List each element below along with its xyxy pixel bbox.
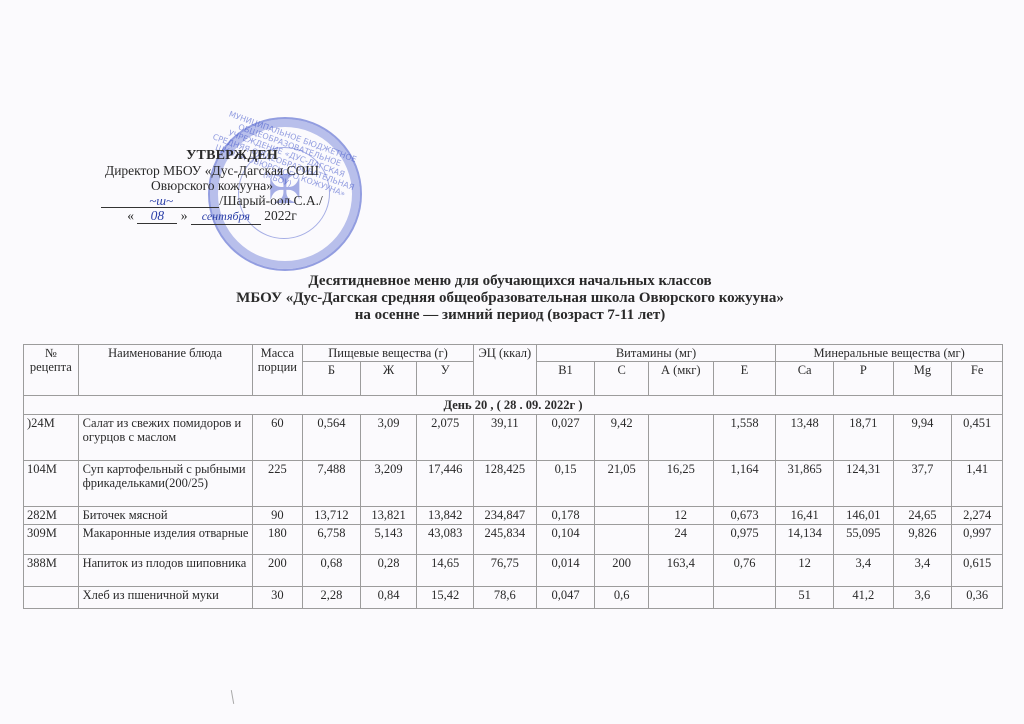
day-label: День 20 , ( 28 . 09. 2022г ) xyxy=(24,396,1003,415)
cell-b: 6,758 xyxy=(303,525,361,555)
cell-fe: 1,41 xyxy=(952,461,1003,507)
table-row: 309ММакаронные изделия отварные1806,7585… xyxy=(24,525,1003,555)
cell-ca: 14,134 xyxy=(776,525,834,555)
cell-code: 309М xyxy=(24,525,79,555)
cell-ca: 51 xyxy=(776,587,834,609)
header-fe: Fe xyxy=(952,362,1003,396)
cell-fe: 0,36 xyxy=(952,587,1003,609)
signature-scrawl: ~ш~ xyxy=(149,193,173,208)
scan-mark xyxy=(231,690,234,704)
cell-u: 43,083 xyxy=(417,525,474,555)
cell-ca: 31,865 xyxy=(776,461,834,507)
cell-b: 13,712 xyxy=(303,507,361,525)
date-open-quote: « xyxy=(127,208,134,223)
cell-zh: 0,84 xyxy=(360,587,417,609)
cell-zh: 5,143 xyxy=(360,525,417,555)
cell-b: 2,28 xyxy=(303,587,361,609)
approval-year: 2022г xyxy=(264,208,297,223)
cell-code: 104М xyxy=(24,461,79,507)
approval-block: УТВЕРЖДЕН Директор МБОУ «Дус-Дагская СОШ… xyxy=(62,148,362,225)
approval-heading: УТВЕРЖДЕН xyxy=(102,148,362,163)
cell-ca: 16,41 xyxy=(776,507,834,525)
header-p: P xyxy=(833,362,893,396)
cell-a xyxy=(648,587,713,609)
day-row: День 20 , ( 28 . 09. 2022г ) xyxy=(24,396,1003,415)
header-portion-mass: Масса порции xyxy=(252,345,303,396)
header-b1: B1 xyxy=(536,362,595,396)
table-row: 388МНапиток из плодов шиповника2000,680,… xyxy=(24,555,1003,587)
header-mg: Mg xyxy=(893,362,952,396)
cell-b: 0,68 xyxy=(303,555,361,587)
cell-zh: 3,209 xyxy=(360,461,417,507)
cell-p: 124,31 xyxy=(833,461,893,507)
cell-ca: 13,48 xyxy=(776,415,834,461)
cell-code xyxy=(24,587,79,609)
cell-u: 15,42 xyxy=(417,587,474,609)
cell-mg: 3,6 xyxy=(893,587,952,609)
cell-kcal: 128,425 xyxy=(474,461,537,507)
cell-kcal: 234,847 xyxy=(474,507,537,525)
cell-e: 1,558 xyxy=(713,415,776,461)
cell-mass: 60 xyxy=(252,415,303,461)
header-dish-name: Наименование блюда xyxy=(78,345,252,396)
cell-mg: 9,94 xyxy=(893,415,952,461)
cell-b1: 0,15 xyxy=(536,461,595,507)
approval-month: сентября xyxy=(191,209,261,225)
menu-table: № рецепта Наименование блюда Масса порци… xyxy=(23,344,1003,609)
header-energy: ЭЦ (ккал) xyxy=(474,345,537,396)
date-close-quote: » xyxy=(181,208,188,223)
cell-p: 55,095 xyxy=(833,525,893,555)
cell-code: 282М xyxy=(24,507,79,525)
cell-name: Суп картофельный с рыбными фрикадельками… xyxy=(78,461,252,507)
approval-signature-line: ~ш~/Шарый-оол С.А./ xyxy=(62,193,362,208)
title-line-2: МБОУ «Дус-Дагская средняя общеобразовате… xyxy=(150,290,870,307)
header-vitamins-group: Витамины (мг) xyxy=(536,345,776,362)
approval-day: 08 xyxy=(137,208,177,224)
cell-b1: 0,027 xyxy=(536,415,595,461)
cell-c xyxy=(595,525,649,555)
cell-b1: 0,047 xyxy=(536,587,595,609)
cell-code: 388М xyxy=(24,555,79,587)
cell-u: 13,842 xyxy=(417,507,474,525)
signature-underline: ~ш~ xyxy=(101,195,219,208)
cell-mass: 90 xyxy=(252,507,303,525)
header-c: C xyxy=(595,362,649,396)
cell-a xyxy=(648,415,713,461)
cell-a: 163,4 xyxy=(648,555,713,587)
title-line-3: на осенне — зимний период (возраст 7-11 … xyxy=(150,307,870,324)
cell-mass: 30 xyxy=(252,587,303,609)
cell-zh: 0,28 xyxy=(360,555,417,587)
cell-fe: 0,615 xyxy=(952,555,1003,587)
table-row: 104МСуп картофельный с рыбными фрикадель… xyxy=(24,461,1003,507)
cell-name: Биточек мясной xyxy=(78,507,252,525)
cell-c: 0,6 xyxy=(595,587,649,609)
cell-p: 18,71 xyxy=(833,415,893,461)
cell-e: 1,164 xyxy=(713,461,776,507)
cell-e: 0,975 xyxy=(713,525,776,555)
cell-b1: 0,178 xyxy=(536,507,595,525)
cell-b1: 0,014 xyxy=(536,555,595,587)
cell-name: Макаронные изделия отварные xyxy=(78,525,252,555)
cell-mg: 3,4 xyxy=(893,555,952,587)
cell-p: 146,01 xyxy=(833,507,893,525)
cell-mg: 24,65 xyxy=(893,507,952,525)
cell-fe: 0,997 xyxy=(952,525,1003,555)
cell-c: 9,42 xyxy=(595,415,649,461)
table-row: )24МСалат из свежих помидоров и огурцов … xyxy=(24,415,1003,461)
cell-zh: 13,821 xyxy=(360,507,417,525)
cell-kcal: 78,6 xyxy=(474,587,537,609)
cell-c xyxy=(595,507,649,525)
cell-name: Салат из свежих помидоров и огурцов с ма… xyxy=(78,415,252,461)
cell-code: )24М xyxy=(24,415,79,461)
cell-e xyxy=(713,587,776,609)
header-recipe-no: № рецепта xyxy=(24,345,79,396)
cell-p: 3,4 xyxy=(833,555,893,587)
table-row: 282МБиточек мясной9013,71213,82113,84223… xyxy=(24,507,1003,525)
header-a: А (мкг) xyxy=(648,362,713,396)
header-minerals-group: Минеральные вещества (мг) xyxy=(776,345,1003,362)
header-carbs: У xyxy=(417,362,474,396)
cell-u: 17,446 xyxy=(417,461,474,507)
cell-b1: 0,104 xyxy=(536,525,595,555)
document-title: Десятидневное меню для обучающихся начал… xyxy=(150,273,870,324)
cell-kcal: 39,11 xyxy=(474,415,537,461)
cell-e: 0,76 xyxy=(713,555,776,587)
cell-e: 0,673 xyxy=(713,507,776,525)
cell-mass: 180 xyxy=(252,525,303,555)
cell-c: 21,05 xyxy=(595,461,649,507)
cell-u: 14,65 xyxy=(417,555,474,587)
cell-b: 0,564 xyxy=(303,415,361,461)
title-line-1: Десятидневное меню для обучающихся начал… xyxy=(150,273,870,290)
cell-a: 12 xyxy=(648,507,713,525)
approval-director-line: Директор МБОУ «Дус-Дагская СОШ xyxy=(62,163,362,178)
header-e: E xyxy=(713,362,776,396)
cell-mass: 200 xyxy=(252,555,303,587)
cell-mg: 9,826 xyxy=(893,525,952,555)
cell-p: 41,2 xyxy=(833,587,893,609)
cell-fe: 0,451 xyxy=(952,415,1003,461)
cell-a: 16,25 xyxy=(648,461,713,507)
cell-b: 7,488 xyxy=(303,461,361,507)
cell-kcal: 245,834 xyxy=(474,525,537,555)
cell-c: 200 xyxy=(595,555,649,587)
header-protein: Б xyxy=(303,362,361,396)
signer-name: /Шарый-оол С.А./ xyxy=(219,193,323,208)
cell-name: Напиток из плодов шиповника xyxy=(78,555,252,587)
cell-fe: 2,274 xyxy=(952,507,1003,525)
cell-kcal: 76,75 xyxy=(474,555,537,587)
approval-date-line: « 08 » сентября 2022г xyxy=(62,208,362,225)
header-nutrients-group: Пищевые вещества (г) xyxy=(303,345,474,362)
cell-u: 2,075 xyxy=(417,415,474,461)
cell-name: Хлеб из пшеничной муки xyxy=(78,587,252,609)
cell-ca: 12 xyxy=(776,555,834,587)
cell-mg: 37,7 xyxy=(893,461,952,507)
header-ca: Ca xyxy=(776,362,834,396)
table-row: Хлеб из пшеничной муки302,280,8415,4278,… xyxy=(24,587,1003,609)
header-fat: Ж xyxy=(360,362,417,396)
cell-a: 24 xyxy=(648,525,713,555)
approval-school-line: Овюрского кожууна» xyxy=(62,178,362,193)
cell-zh: 3,09 xyxy=(360,415,417,461)
cell-mass: 225 xyxy=(252,461,303,507)
